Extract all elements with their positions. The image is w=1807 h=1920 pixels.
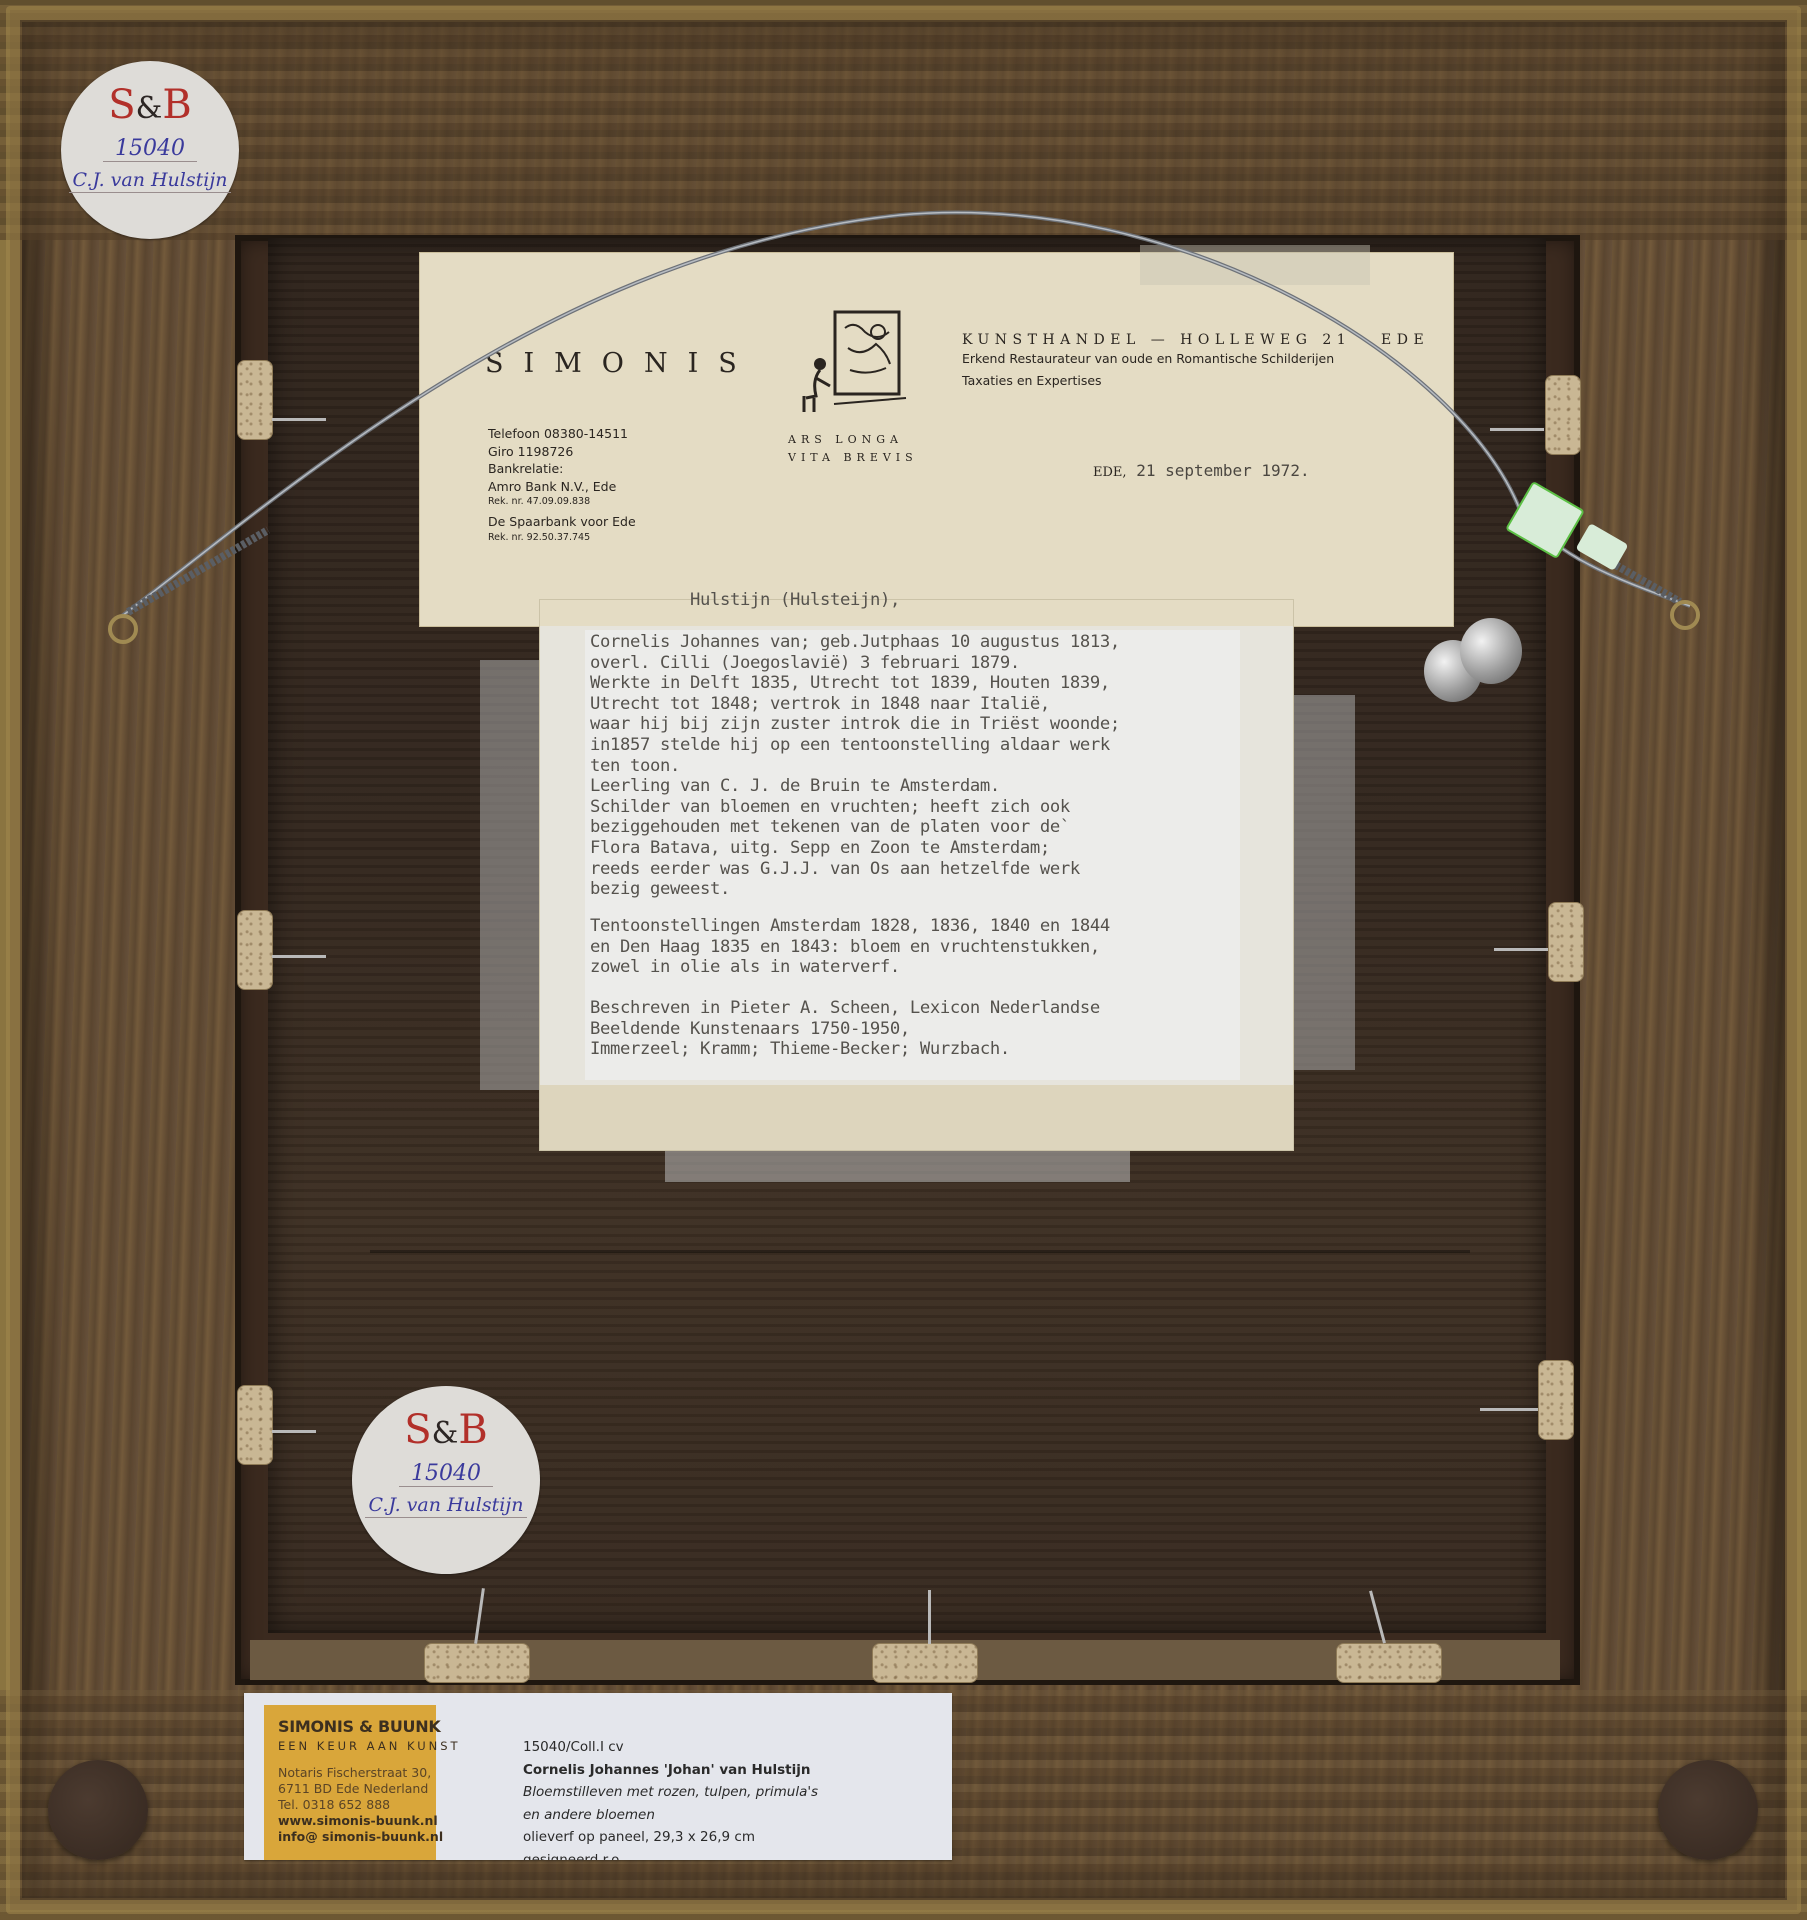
letterhead-phone: Telefoon 08380-14511 — [488, 425, 636, 443]
letterhead-motto: ARS LONGA VITA BREVIS — [788, 431, 918, 467]
letterhead-taxaties: Taxaties en Expertises — [962, 370, 1429, 392]
email: info@ simonis-buunk.nl — [278, 1829, 436, 1845]
felt-pad — [48, 1760, 148, 1860]
sticker-number: 15040 — [103, 137, 197, 162]
cork-wedge — [237, 910, 273, 990]
phone: Tel. 0318 652 888 — [278, 1797, 436, 1813]
lot-info: 15040/Coll.I cv Cornelis Johannes 'Johan… — [523, 1736, 818, 1860]
letter-date-value: 21 september 1972. — [1136, 461, 1309, 480]
cork-wedge — [1538, 1360, 1574, 1440]
felt-pad — [1658, 1760, 1758, 1860]
lot-title-cont: en andere bloemen — [523, 1804, 818, 1827]
motto-line: VITA BREVIS — [788, 449, 918, 467]
nail — [1480, 1408, 1538, 1411]
nail — [928, 1590, 931, 1644]
letter-date: EDE, 21 september 1972. — [1093, 461, 1310, 480]
sticker-artist: C.J. van Hulstijn — [365, 1493, 528, 1518]
eyelet-hook — [108, 614, 138, 644]
letter-paragraph-exhibitions: Tentoonstellingen Amsterdam 1828, 1836, … — [590, 916, 1110, 978]
sticker-artist: C.J. van Hulstijn — [69, 168, 232, 193]
frame-top-rail — [0, 0, 1807, 240]
cork-wedge — [237, 360, 273, 440]
eyelet-hook — [1670, 600, 1700, 630]
auction-address: Notaris Fischerstraat 30, 6711 BD Ede Ne… — [278, 1765, 436, 1813]
letterhead-kunsthandel: KUNSTHANDEL — HOLLEWEG 21 · EDE — [962, 332, 1429, 348]
website: www.simonis-buunk.nl — [278, 1813, 436, 1829]
letter-date-city: EDE, — [1093, 465, 1127, 480]
cork-wedge — [1336, 1643, 1442, 1683]
letterhead-bank1-account: Rek. nr. 47.09.09.838 — [488, 495, 636, 509]
letterhead-bank2-account: Rek. nr. 92.50.37.745 — [488, 531, 636, 545]
motto-line: ARS LONGA — [788, 431, 918, 449]
letter-foot — [540, 1085, 1293, 1150]
nail — [272, 418, 326, 421]
nail — [1490, 428, 1544, 431]
sticker-brand: S&B — [352, 1408, 540, 1456]
brand-b: B — [162, 82, 191, 128]
lot-signed: gesigneerd r.o. — [523, 1849, 818, 1861]
cork-wedge — [237, 1385, 273, 1465]
panel-seam — [370, 1250, 1470, 1253]
nail — [272, 955, 326, 958]
letterhead-giro: Giro 1198726 — [488, 443, 636, 461]
cork-wedge — [1545, 375, 1581, 455]
auction-brand-name: SIMONIS & BUUNK — [278, 1717, 436, 1736]
lot-artist: Cornelis Johannes 'Johan' van Hulstijn — [523, 1759, 818, 1782]
auction-brand-tagline: EEN KEUR AAN KUNST — [278, 1739, 436, 1753]
brand-b: B — [458, 1407, 487, 1453]
letterhead-address: KUNSTHANDEL — HOLLEWEG 21 · EDE Erkend R… — [962, 332, 1429, 392]
letterhead-logo: SIMONIS — [485, 348, 757, 379]
tape-strip — [1140, 245, 1370, 285]
cork-wedge — [1548, 902, 1584, 982]
letterhead-bank1: Amro Bank N.V., Ede — [488, 478, 636, 496]
inventory-sticker: S&B 15040 C.J. van Hulstijn — [61, 61, 239, 239]
address-line: Notaris Fischerstraat 30, — [278, 1765, 436, 1781]
letter-paragraph-references: Beschreven in Pieter A. Scheen, Lexicon … — [590, 998, 1100, 1060]
letter-paragraph-biography: Cornelis Johannes van; geb.Jutphaas 10 a… — [590, 632, 1120, 900]
sticker-number: 15040 — [399, 1462, 493, 1487]
letterhead-bank2: De Spaarbank voor Ede — [488, 513, 636, 531]
sticker-brand: S&B — [61, 83, 239, 131]
bell-icon — [1460, 618, 1522, 684]
lot-title: Bloemstilleven met rozen, tulpen, primul… — [523, 1781, 818, 1804]
artist-at-easel-emblem — [790, 308, 910, 418]
brand-s: S — [404, 1407, 431, 1453]
letterhead-bankrelatie: Bankrelatie: — [488, 460, 636, 478]
nail — [272, 1430, 316, 1433]
cork-wedge — [872, 1643, 978, 1683]
letterhead-restaurateur: Erkend Restaurateur van oude en Romantis… — [962, 348, 1429, 370]
lot-medium: olieverf op paneel, 29,3 x 26,9 cm — [523, 1826, 818, 1849]
lot-number: 15040/Coll.I cv — [523, 1736, 818, 1759]
nail — [1494, 948, 1548, 951]
auction-brand-block: SIMONIS & BUUNK EEN KEUR AAN KUNST Notar… — [264, 1705, 436, 1860]
letter-heading: Hulstijn (Hulsteijn), — [690, 590, 900, 611]
brand-s: S — [108, 82, 135, 128]
brand-amp: & — [432, 1416, 459, 1451]
address-line: 6711 BD Ede Nederland — [278, 1781, 436, 1797]
tape-strip — [1285, 695, 1355, 1070]
brand-amp: & — [136, 91, 163, 126]
letterhead-contact: Telefoon 08380-14511 Giro 1198726 Bankre… — [488, 425, 636, 545]
inventory-sticker: S&B 15040 C.J. van Hulstijn — [352, 1386, 540, 1574]
cork-wedge — [424, 1643, 530, 1683]
auction-label: SIMONIS & BUUNK EEN KEUR AAN KUNST Notar… — [244, 1693, 952, 1860]
